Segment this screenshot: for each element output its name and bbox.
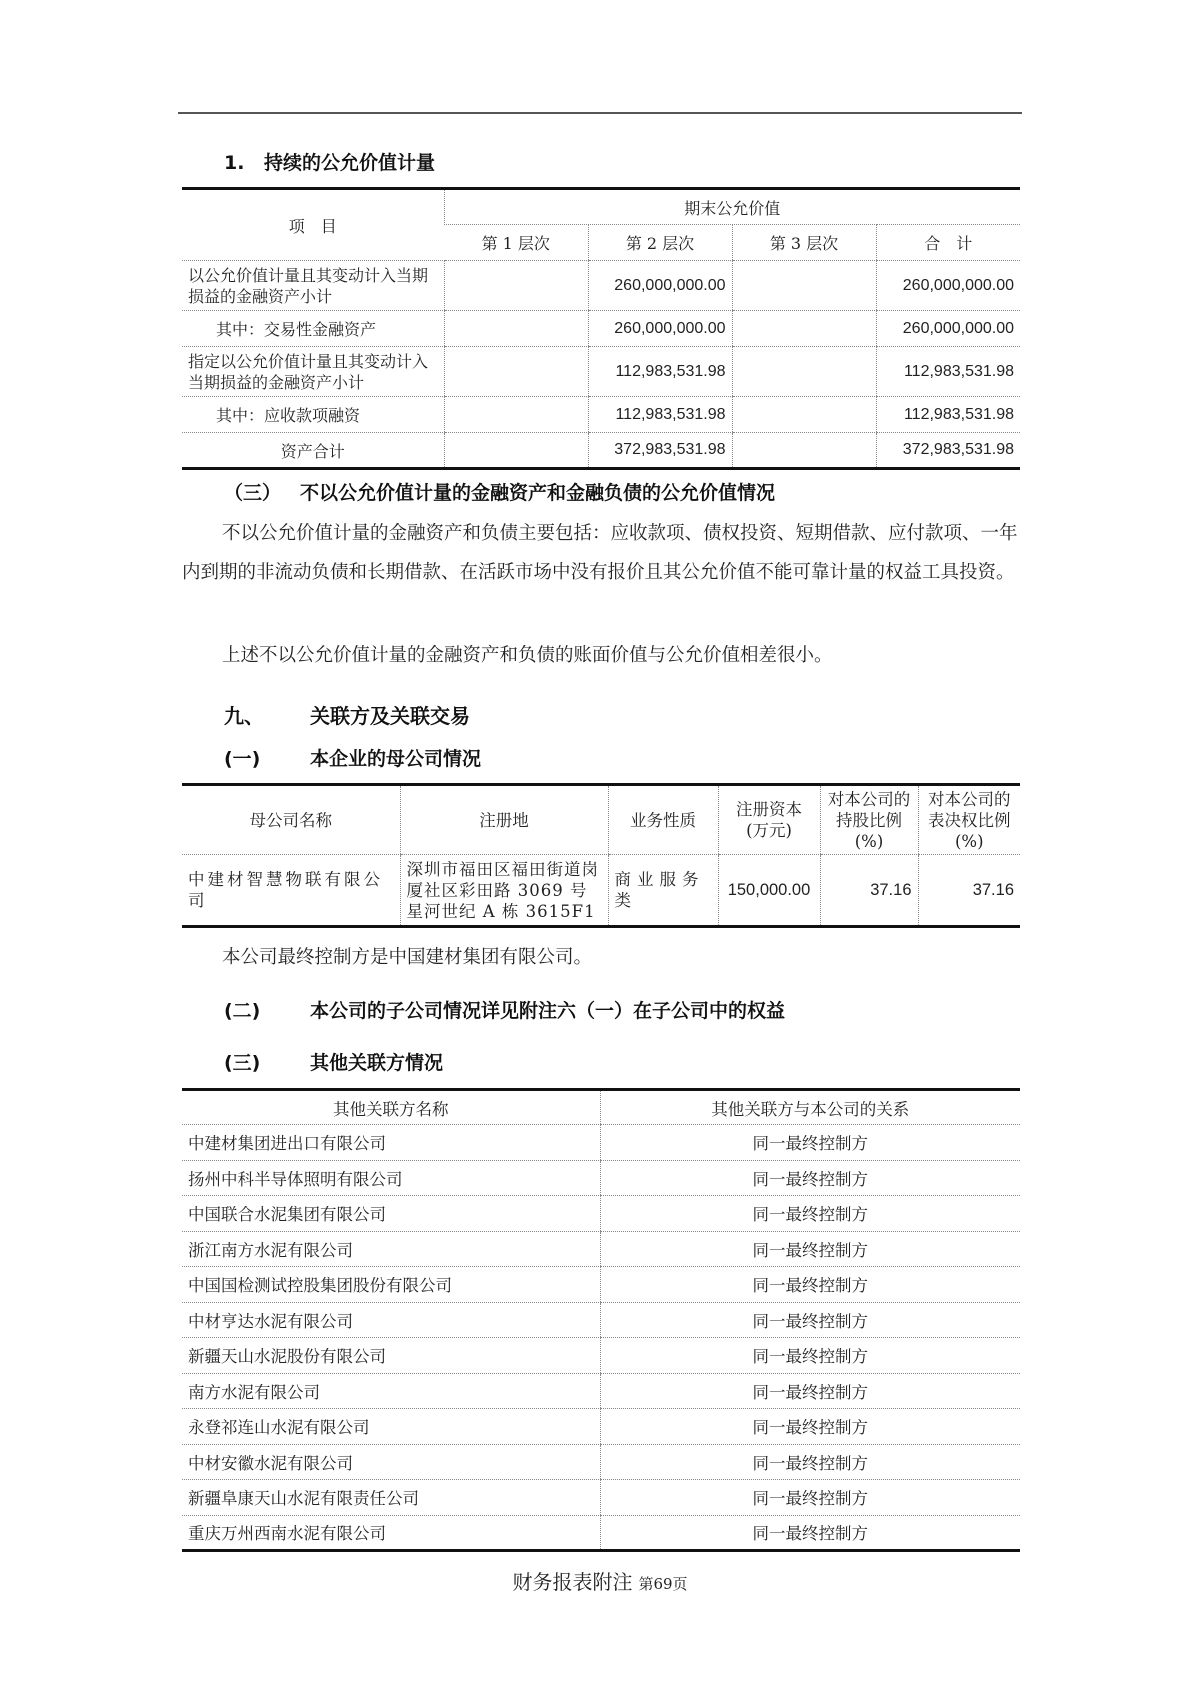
parent-registered-address: 深圳市福田区福田街道岗厦社区彩田路 3069 号星河世纪 A 栋 3615F1 (400, 855, 608, 927)
row-l1 (444, 397, 588, 433)
relationship: 同一最终控制方 (600, 1480, 1020, 1516)
page-number: 第69页 (638, 1575, 687, 1593)
header-group: 期末公允价值 (444, 189, 1020, 225)
row-total: 372,983,531.98 (876, 433, 1020, 469)
related-name: 南方水泥有限公司 (182, 1373, 600, 1409)
parent-voting-ratio: 37.16 (918, 855, 1020, 927)
row-total: 112,983,531.98 (876, 347, 1020, 397)
header-line: (万元) (725, 820, 814, 841)
row-l3 (732, 397, 876, 433)
table-row: 中材安徽水泥有限公司同一最终控制方 (182, 1444, 1020, 1480)
section-heading-9-3: (三)其他关联方情况 (224, 1048, 443, 1075)
header-voting-ratio: 对本公司的 表决权比例 (%) (918, 785, 1020, 855)
table-row: 其中：应收款项融资 112,983,531.98 112,983,531.98 (182, 397, 1020, 433)
table-row: 新疆天山水泥股份有限公司同一最终控制方 (182, 1338, 1020, 1374)
related-name: 扬州中科半导体照明有限公司 (182, 1160, 600, 1196)
header-item: 项 目 (182, 189, 444, 261)
related-name: 永登祁连山水泥有限公司 (182, 1409, 600, 1445)
table-row: 扬州中科半导体照明有限公司同一最终控制方 (182, 1160, 1020, 1196)
row-l1 (444, 261, 588, 311)
header-line: (%) (921, 831, 1019, 852)
section-heading-1: 1.持续的公允价值计量 (224, 148, 435, 175)
paragraph-non-fv-items: 不以公允价值计量的金融资产和负债主要包括：应收款项、债权投资、短期借款、应付款项… (182, 514, 1022, 592)
table-row: 重庆万州西南水泥有限公司同一最终控制方 (182, 1515, 1020, 1551)
paragraph-non-fv-conclusion: 上述不以公允价值计量的金融资产和负债的账面价值与公允价值相差很小。 (182, 636, 1022, 675)
table-row-total: 资产合计 372,983,531.98 372,983,531.98 (182, 433, 1020, 469)
table-row: 南方水泥有限公司同一最终控制方 (182, 1373, 1020, 1409)
related-name: 中国国检测试控股集团股份有限公司 (182, 1267, 600, 1303)
header-registered-address: 注册地 (400, 785, 608, 855)
relationship: 同一最终控制方 (600, 1160, 1020, 1196)
section-title: 其他关联方情况 (310, 1052, 443, 1074)
row-l2: 260,000,000.00 (588, 311, 732, 347)
section-title: 持续的公允价值计量 (264, 152, 435, 174)
row-item: 资产合计 (182, 433, 444, 469)
section-number: (一) (224, 744, 310, 771)
parent-name: 中建材智慧物联有限公司 (182, 855, 400, 927)
row-l1 (444, 433, 588, 469)
table-row: 中国联合水泥集团有限公司同一最终控制方 (182, 1196, 1020, 1232)
section-heading-9-1: (一)本企业的母公司情况 (224, 744, 481, 771)
page-header-rule (178, 112, 1022, 114)
relationship: 同一最终控制方 (600, 1267, 1020, 1303)
parent-shareholding-ratio: 37.16 (820, 855, 918, 927)
related-name: 重庆万州西南水泥有限公司 (182, 1515, 600, 1551)
header-level-2: 第 2 层次 (588, 225, 732, 261)
table-row: 中建材集团进出口有限公司同一最终控制方 (182, 1125, 1020, 1161)
section-title: 不以公允价值计量的金融资产和金融负债的公允价值情况 (300, 482, 775, 504)
related-name: 浙江南方水泥有限公司 (182, 1231, 600, 1267)
relationship: 同一最终控制方 (600, 1373, 1020, 1409)
table-row: 其中：交易性金融资产 260,000,000.00 260,000,000.00 (182, 311, 1020, 347)
footer-title: 财务报表附注 (512, 1570, 632, 1594)
row-item: 其中：交易性金融资产 (182, 311, 444, 347)
header-shareholding-ratio: 对本公司的 持股比例 (%) (820, 785, 918, 855)
header-line: 持股比例 (823, 810, 916, 831)
table-row: 以公允价值计量且其变动计入当期损益的金融资产小计 260,000,000.00 … (182, 261, 1020, 311)
parent-registered-capital: 150,000.00 (718, 855, 820, 927)
row-l3 (732, 311, 876, 347)
header-registered-capital: 注册资本 (万元) (718, 785, 820, 855)
header-level-3: 第 3 层次 (732, 225, 876, 261)
header-total: 合 计 (876, 225, 1020, 261)
row-l1 (444, 347, 588, 397)
section-heading-9: 九、关联方及关联交易 (224, 700, 470, 729)
row-l1 (444, 311, 588, 347)
table-row: 中建材智慧物联有限公司 深圳市福田区福田街道岗厦社区彩田路 3069 号星河世纪… (182, 855, 1020, 927)
related-name: 新疆阜康天山水泥有限责任公司 (182, 1480, 600, 1516)
header-business-nature: 业务性质 (608, 785, 718, 855)
row-l2: 372,983,531.98 (588, 433, 732, 469)
section-number: （三） (224, 478, 300, 505)
header-parent-name: 母公司名称 (182, 785, 400, 855)
row-total: 260,000,000.00 (876, 311, 1020, 347)
row-total: 112,983,531.98 (876, 397, 1020, 433)
table-header-row: 母公司名称 注册地 业务性质 注册资本 (万元) 对本公司的 持股比例 (%) … (182, 785, 1020, 855)
table-row: 新疆阜康天山水泥有限责任公司同一最终控制方 (182, 1480, 1020, 1516)
header-line: 表决权比例 (921, 810, 1019, 831)
related-name: 中国联合水泥集团有限公司 (182, 1196, 600, 1232)
section-number: (三) (224, 1048, 310, 1075)
row-l2: 260,000,000.00 (588, 261, 732, 311)
table-header-row: 项 目 期末公允价值 (182, 189, 1020, 225)
row-item: 其中：应收款项融资 (182, 397, 444, 433)
table-row: 浙江南方水泥有限公司同一最终控制方 (182, 1231, 1020, 1267)
header-line: 注册资本 (725, 799, 814, 820)
row-l3 (732, 433, 876, 469)
page-footer: 财务报表附注第69页 (0, 1566, 1200, 1595)
related-name: 中材亨达水泥有限公司 (182, 1302, 600, 1338)
relationship: 同一最终控制方 (600, 1125, 1020, 1161)
row-total: 260,000,000.00 (876, 261, 1020, 311)
parent-company-table: 母公司名称 注册地 业务性质 注册资本 (万元) 对本公司的 持股比例 (%) … (182, 783, 1020, 928)
table-header-row: 其他关联方名称 其他关联方与本公司的关系 (182, 1090, 1020, 1125)
row-l3 (732, 261, 876, 311)
relationship: 同一最终控制方 (600, 1302, 1020, 1338)
header-line: 对本公司的 (921, 789, 1019, 810)
relationship: 同一最终控制方 (600, 1515, 1020, 1551)
section-number: (二) (224, 996, 310, 1023)
relationship: 同一最终控制方 (600, 1338, 1020, 1374)
fair-value-table: 项 目 期末公允价值 第 1 层次 第 2 层次 第 3 层次 合 计 以公允价… (182, 187, 1020, 470)
table-row: 永登祁连山水泥有限公司同一最终控制方 (182, 1409, 1020, 1445)
related-parties-table: 其他关联方名称 其他关联方与本公司的关系 中建材集团进出口有限公司同一最终控制方… (182, 1088, 1020, 1552)
relationship: 同一最终控制方 (600, 1409, 1020, 1445)
relationship: 同一最终控制方 (600, 1231, 1020, 1267)
parent-business-nature: 商业服务类 (608, 855, 718, 927)
related-name: 中材安徽水泥有限公司 (182, 1444, 600, 1480)
row-l2: 112,983,531.98 (588, 397, 732, 433)
header-relationship: 其他关联方与本公司的关系 (600, 1090, 1020, 1125)
paragraph-ultimate-controller: 本公司最终控制方是中国建材集团有限公司。 (182, 938, 1022, 977)
row-l2: 112,983,531.98 (588, 347, 732, 397)
related-name: 中建材集团进出口有限公司 (182, 1125, 600, 1161)
relationship: 同一最终控制方 (600, 1444, 1020, 1480)
section-title: 关联方及关联交易 (310, 704, 470, 728)
section-title: 本企业的母公司情况 (310, 748, 481, 770)
related-name: 新疆天山水泥股份有限公司 (182, 1338, 600, 1374)
row-l3 (732, 347, 876, 397)
section-title: 本公司的子公司情况详见附注六（一）在子公司中的权益 (310, 1000, 785, 1022)
row-item: 以公允价值计量且其变动计入当期损益的金融资产小计 (182, 261, 444, 311)
section-number: 1. (224, 152, 264, 174)
row-item: 指定以公允价值计量且其变动计入当期损益的金融资产小计 (182, 347, 444, 397)
header-line: 对本公司的 (823, 789, 916, 810)
section-number: 九、 (224, 700, 310, 729)
relationship: 同一最终控制方 (600, 1196, 1020, 1232)
section-heading-9-2: (二)本公司的子公司情况详见附注六（一）在子公司中的权益 (224, 996, 785, 1023)
section-heading-c3: （三）不以公允价值计量的金融资产和金融负债的公允价值情况 (224, 478, 775, 505)
table-row: 指定以公允价值计量且其变动计入当期损益的金融资产小计 112,983,531.9… (182, 347, 1020, 397)
header-related-name: 其他关联方名称 (182, 1090, 600, 1125)
table-row: 中国国检测试控股集团股份有限公司同一最终控制方 (182, 1267, 1020, 1303)
header-line: (%) (823, 831, 916, 852)
table-row: 中材亨达水泥有限公司同一最终控制方 (182, 1302, 1020, 1338)
header-level-1: 第 1 层次 (444, 225, 588, 261)
